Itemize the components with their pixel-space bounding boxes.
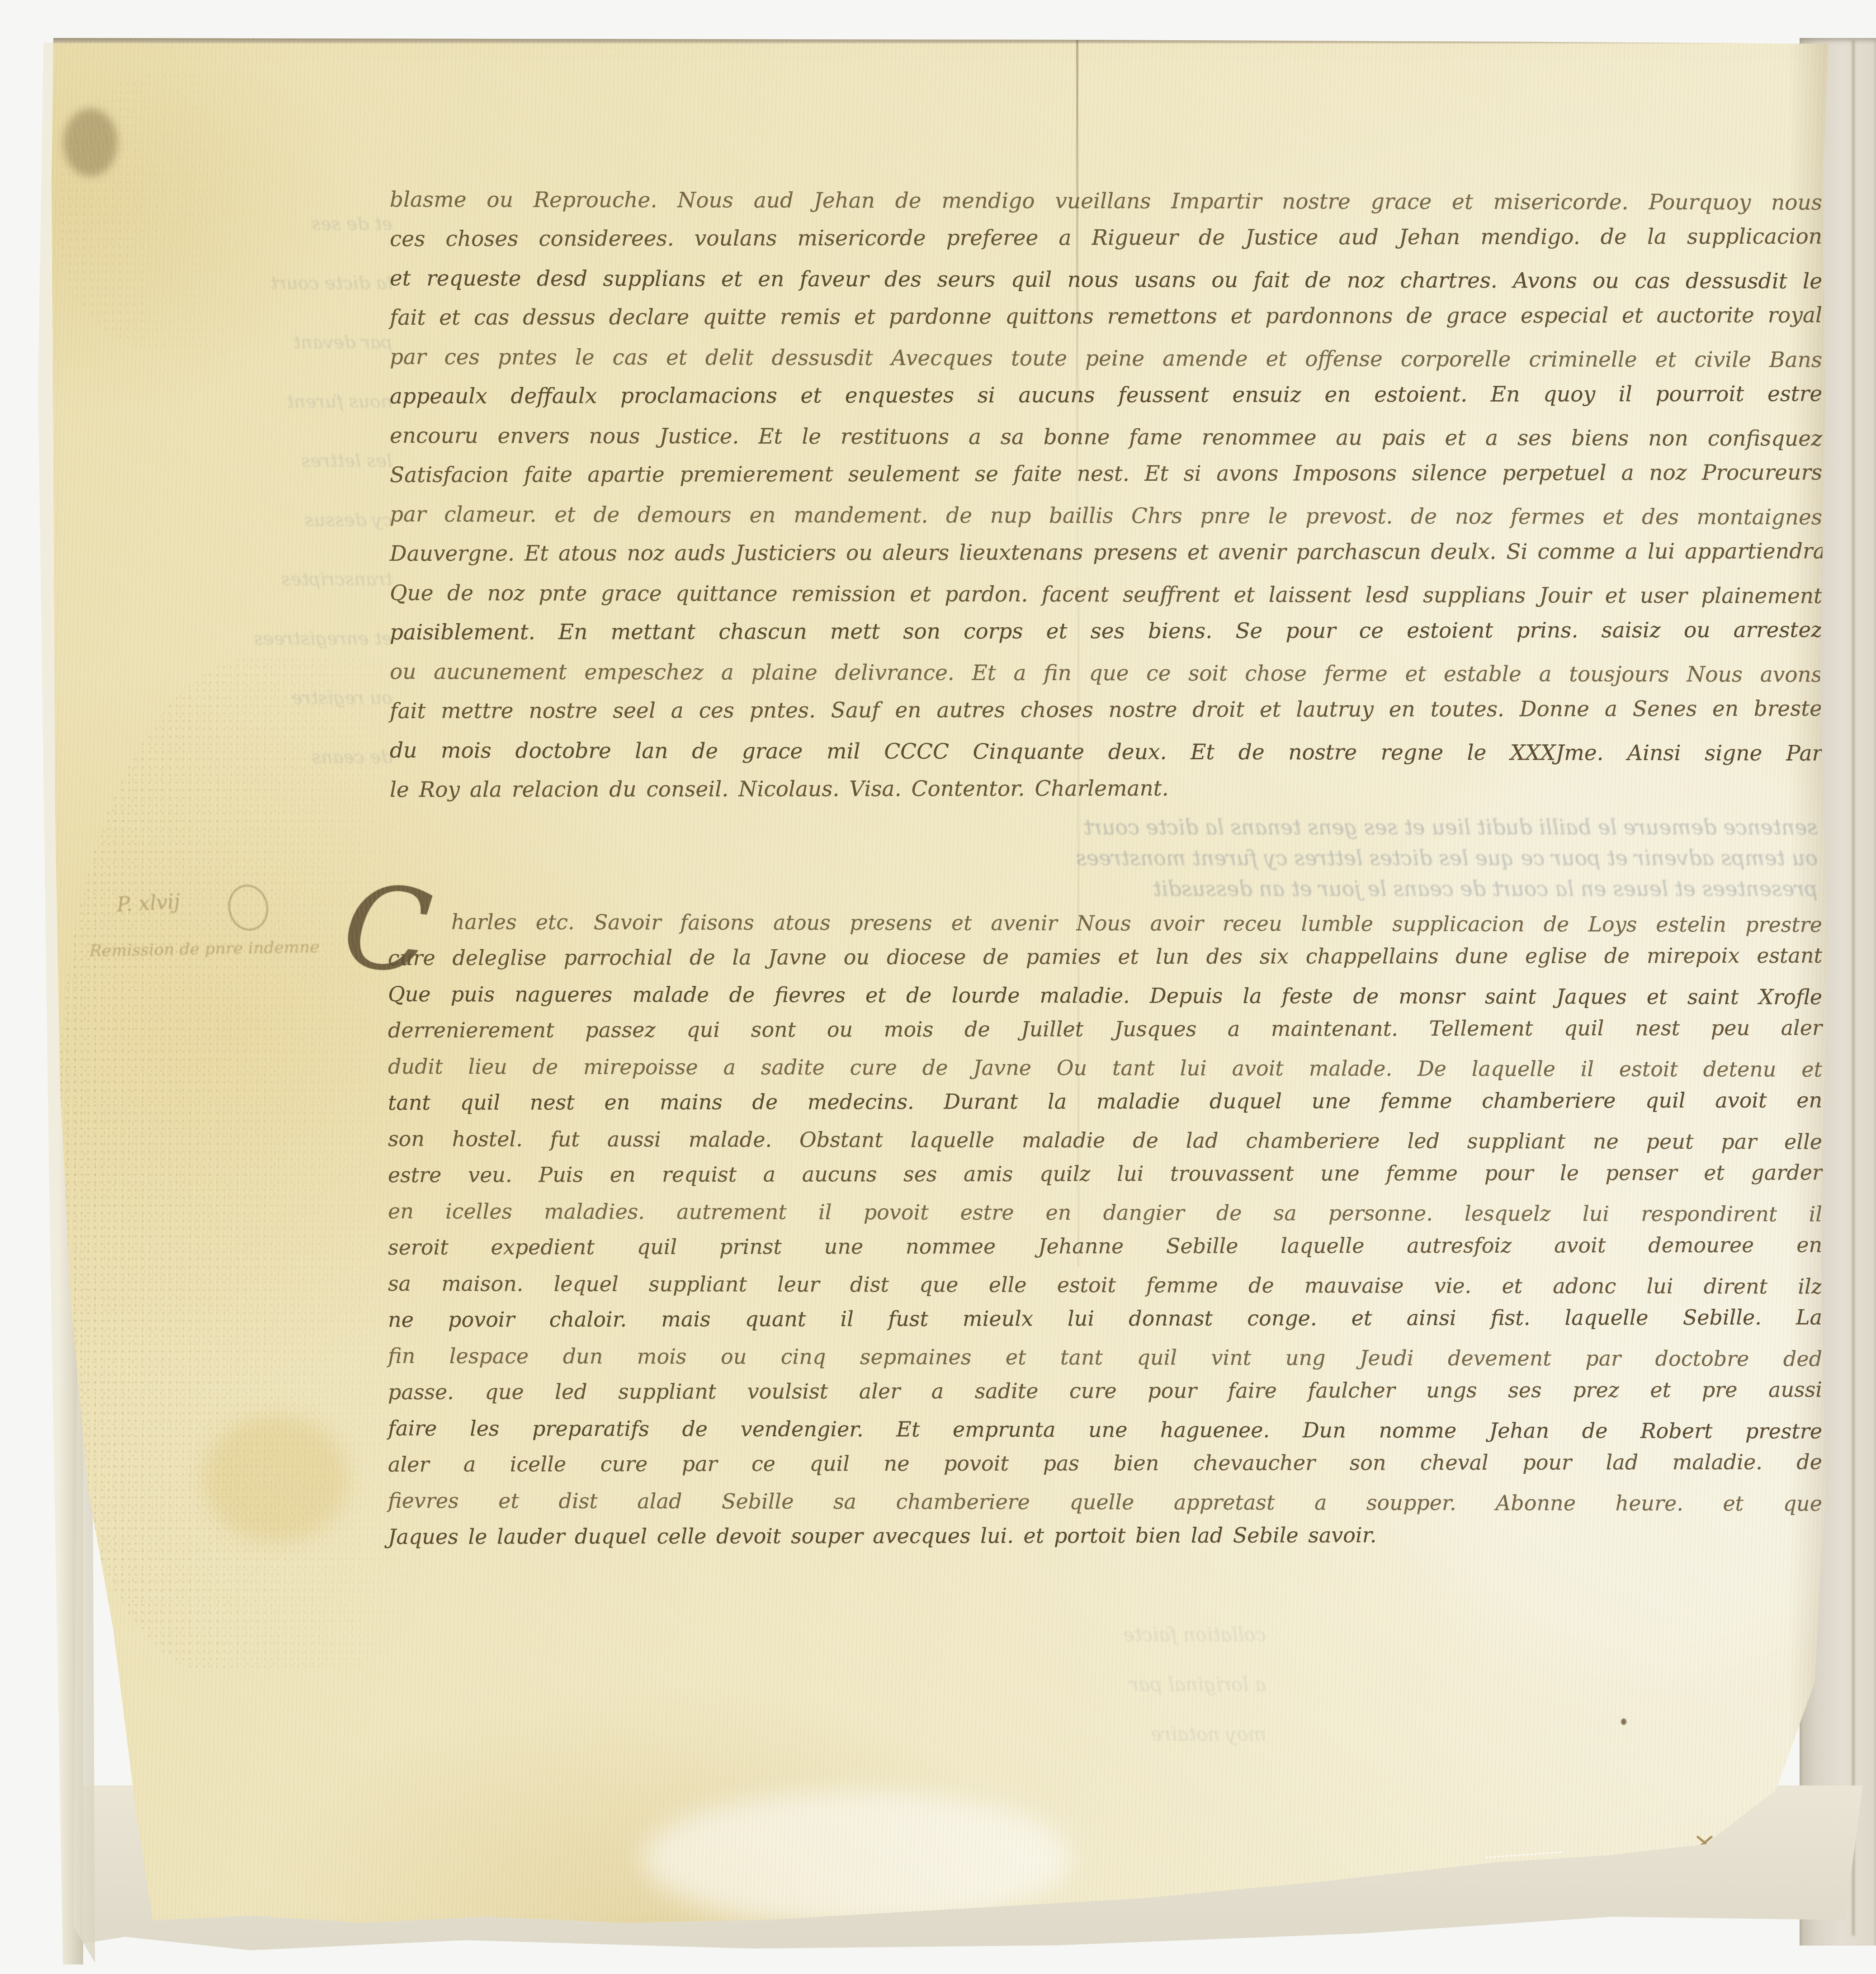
- manuscript-line: dudit lieu de mirepoisse a sadite cure d…: [388, 1048, 1822, 1088]
- show-through-line: transcriptes: [76, 550, 392, 609]
- manuscript-line: aler a icelle cure par ce quil ne povoit…: [388, 1444, 1822, 1482]
- manuscript-line: encouru envers nous Justice. Et le resti…: [390, 416, 1822, 459]
- show-through-line: sentence demeure le bailli dudit lieu et…: [425, 812, 1818, 843]
- manuscript-line: tant quil nest en mains de medecins. Dur…: [388, 1082, 1822, 1121]
- manuscript-line: fait mettre nostre seel a ces pntes. Sau…: [390, 689, 1822, 731]
- manuscript-line: passe. que led suppliant voulsist aler a…: [388, 1371, 1822, 1410]
- ink-speck: [1621, 1718, 1626, 1725]
- manuscript-line: Dauvergne. Et atous noz auds Justiciers …: [390, 531, 1822, 573]
- manuscript-line: sa maison. lequel suppliant leur dist qu…: [388, 1265, 1822, 1305]
- manuscript-line: par clameur. et de demours en mandement.…: [390, 495, 1822, 537]
- parchment-sheet: et de ses la dicte court par devant nous…: [0, 0, 1876, 1974]
- remission-act-2: harles etc. Savoir faisons atous presens…: [388, 904, 1822, 1555]
- scan-background: { "colors":{ "background":"#f6f6f4", "pa…: [0, 0, 1876, 1974]
- manuscript-line: et requeste desd supplians et en faveur …: [390, 259, 1822, 301]
- manuscript-line: fait et cas dessus declare quitte remis …: [390, 295, 1822, 337]
- manuscript-line: son hostel. fut aussi malade. Obstant la…: [388, 1121, 1822, 1160]
- manuscript-line: fievres et dist alad Sebille sa chamberi…: [388, 1482, 1822, 1522]
- show-through-line: nous furent: [76, 372, 392, 431]
- manuscript-line-dating-clause: le Roy ala relacion du conseil. Nicolaus…: [390, 767, 1822, 809]
- gutter-fold-line: [1852, 41, 1855, 1936]
- show-through-line: par devant: [76, 313, 392, 372]
- manuscript-line: en icelles maladies. autrement il povoit…: [388, 1193, 1822, 1232]
- show-through-line: presentees et leues en la court de ceans…: [425, 873, 1818, 904]
- manuscript-line: du mois doctobre lan de grace mil CCCC C…: [390, 731, 1822, 773]
- margin-annotation: P. xlvij: [116, 890, 181, 916]
- show-through-text-bottom: collation faicte a loriginal par moy not…: [407, 1610, 1266, 1759]
- manuscript-line: estre veu. Puis en requist a aucuns ses …: [388, 1154, 1822, 1193]
- manuscript-line: fin lespace dun mois ou cinq sepmaines e…: [388, 1338, 1822, 1377]
- show-through-line: les lettres: [76, 431, 392, 491]
- show-through-line: moy notaire: [407, 1709, 1266, 1759]
- show-through-text-gap: sentence demeure le bailli dudit lieu et…: [425, 812, 1818, 904]
- manuscript-line: blasme ou Reprouche. Nous aud Jehan de m…: [390, 180, 1822, 222]
- remission-act-1: blasme ou Reprouche. Nous aud Jehan de m…: [390, 180, 1822, 809]
- show-through-line: et enregistrees: [76, 609, 392, 668]
- manuscript-line: seroit expedient quil prinst une nommee …: [388, 1226, 1822, 1265]
- manuscript-line: faire les preparatifs de vendengier. Et …: [388, 1410, 1822, 1449]
- show-through-line: cy dessus: [76, 491, 392, 550]
- show-through-line: a loriginal par: [407, 1660, 1266, 1709]
- manuscript-line: Que de noz pnte grace quittance remissio…: [390, 573, 1822, 616]
- manuscript-line: ces choses considerees. voulans miserico…: [390, 217, 1822, 259]
- show-through-line: ou registre: [76, 668, 392, 728]
- manuscript-line: par ces pntes le cas et delit dessusdit …: [390, 337, 1822, 380]
- manuscript-line: ou aucunement empeschez a plaine delivra…: [390, 652, 1822, 695]
- manuscript-line: paisiblement. En mettant chascun mett so…: [390, 610, 1822, 652]
- manuscript-line: Satisfacion faite apartie premierement s…: [390, 453, 1822, 495]
- show-through-line: ou temps advenir et pour ce que les dict…: [425, 843, 1818, 873]
- manuscript-line: cure deleglise parrochial de la Javne ou…: [388, 937, 1822, 976]
- show-through-line: de ceans: [76, 728, 392, 787]
- manuscript-line: derrenierement passez qui sont ou mois d…: [388, 1009, 1822, 1048]
- top-binding-edge: [45, 36, 1831, 43]
- show-through-line: collation faicte: [407, 1610, 1266, 1660]
- show-through-line: et de ses: [76, 194, 392, 254]
- sewn-seam: [1485, 1851, 1562, 1858]
- manuscript-line: Que puis nagueres malade de fievres et d…: [388, 976, 1822, 1015]
- manuscript-line: harles etc. Savoir faisons atous presens…: [388, 904, 1822, 943]
- manuscript-line: Jaques le lauder duquel celle devoit sou…: [388, 1516, 1822, 1555]
- show-through-line: la dicte court: [76, 254, 392, 313]
- manuscript-line: appeaulx deffaulx proclamacions et enque…: [390, 374, 1822, 416]
- manuscript-line: ne povoir chaloir. mais quant il fust mi…: [388, 1299, 1822, 1338]
- show-through-text-left: et de ses la dicte court par devant nous…: [76, 194, 392, 787]
